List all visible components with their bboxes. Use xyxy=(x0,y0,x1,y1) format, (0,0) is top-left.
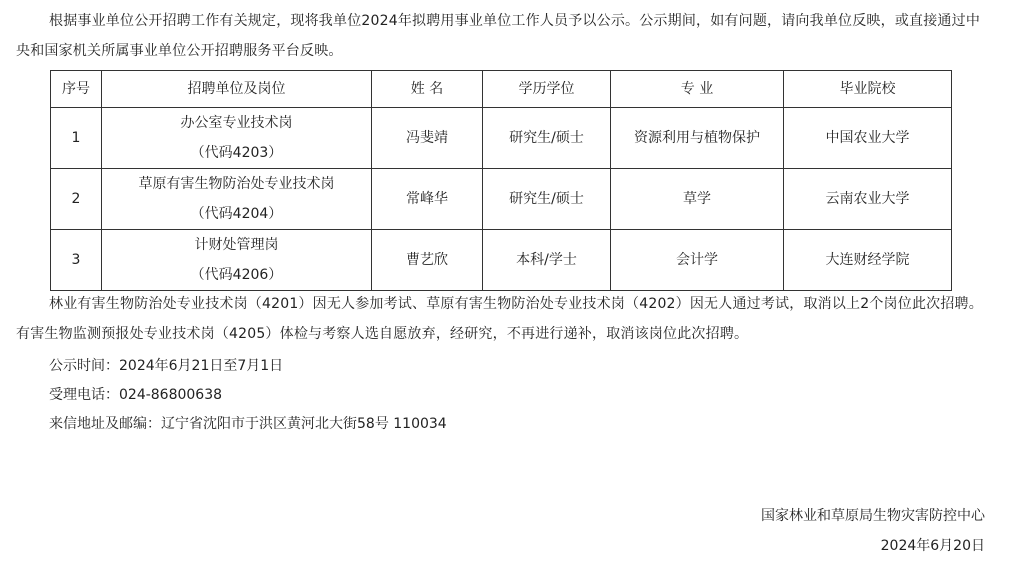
cell-degree: 研究生/硕士 xyxy=(483,108,611,169)
cell-position: 草原有害生物防治处专业技术岗 （代码4204） xyxy=(102,169,372,230)
mailing-address: 来信地址及邮编：辽宁省沈阳市于洪区黄河北大街58号 110034 xyxy=(49,413,447,435)
cell-major: 会计学 xyxy=(611,230,784,291)
signature-organization: 国家林业和草原局生物灾害防控中心 xyxy=(761,505,985,527)
header-major: 专 业 xyxy=(611,71,784,108)
contact-phone: 受理电话：024-86800638 xyxy=(49,384,222,406)
position-title: 计财处管理岗 xyxy=(102,230,371,260)
table-row: 3 计财处管理岗 （代码4206） 曹艺欣 本科/学士 会计学 大连财经学院 xyxy=(51,230,952,291)
position-code: （代码4203） xyxy=(102,138,371,168)
header-position: 招聘单位及岗位 xyxy=(102,71,372,108)
cancellation-note: 林业有害生物防治处专业技术岗（4201）因无人参加考试、草原有害生物防治处专业技… xyxy=(16,289,984,349)
position-title: 草原有害生物防治处专业技术岗 xyxy=(102,169,371,199)
cell-position: 计财处管理岗 （代码4206） xyxy=(102,230,372,291)
cell-school: 大连财经学院 xyxy=(784,230,952,291)
position-title: 办公室专业技术岗 xyxy=(102,108,371,138)
signature-date: 2024年6月20日 xyxy=(881,535,985,557)
header-degree: 学历学位 xyxy=(483,71,611,108)
cell-major: 草学 xyxy=(611,169,784,230)
hiring-table: 序号 招聘单位及岗位 姓 名 学历学位 专 业 毕业院校 1 办公室专业技术岗 … xyxy=(50,70,952,291)
cell-no: 3 xyxy=(51,230,102,291)
cell-school: 中国农业大学 xyxy=(784,108,952,169)
cell-no: 1 xyxy=(51,108,102,169)
cell-name: 常峰华 xyxy=(372,169,483,230)
table-header-row: 序号 招聘单位及岗位 姓 名 学历学位 专 业 毕业院校 xyxy=(51,71,952,108)
cell-name: 冯斐靖 xyxy=(372,108,483,169)
cell-degree: 本科/学士 xyxy=(483,230,611,291)
position-code: （代码4204） xyxy=(102,199,371,229)
publication-period: 公示时间：2024年6月21日至7月1日 xyxy=(49,355,283,377)
cell-name: 曹艺欣 xyxy=(372,230,483,291)
table-row: 1 办公室专业技术岗 （代码4203） 冯斐靖 研究生/硕士 资源利用与植物保护… xyxy=(51,108,952,169)
position-code: （代码4206） xyxy=(102,260,371,290)
cell-no: 2 xyxy=(51,169,102,230)
cell-major: 资源利用与植物保护 xyxy=(611,108,784,169)
header-no: 序号 xyxy=(51,71,102,108)
cell-position: 办公室专业技术岗 （代码4203） xyxy=(102,108,372,169)
table-row: 2 草原有害生物防治处专业技术岗 （代码4204） 常峰华 研究生/硕士 草学 … xyxy=(51,169,952,230)
cell-school: 云南农业大学 xyxy=(784,169,952,230)
header-name: 姓 名 xyxy=(372,71,483,108)
cell-degree: 研究生/硕士 xyxy=(483,169,611,230)
header-school: 毕业院校 xyxy=(784,71,952,108)
intro-paragraph: 根据事业单位公开招聘工作有关规定，现将我单位2024年拟聘用事业单位工作人员予以… xyxy=(16,6,984,66)
